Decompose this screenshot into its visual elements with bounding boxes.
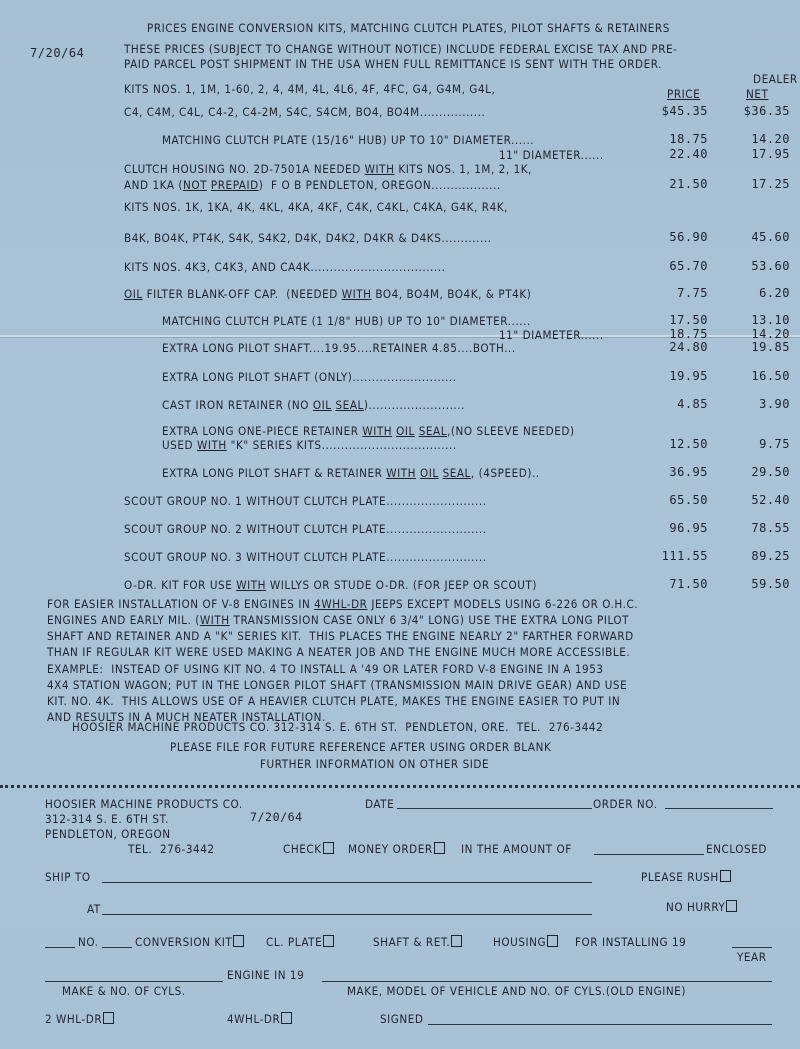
conversion-kit-label: CONVERSION KIT	[135, 935, 232, 949]
item-description: AND 1KA (NOT PREPAID) F O B PENDLETON, O…	[124, 178, 501, 192]
form-date-stamp: 7/20/64	[250, 810, 303, 824]
signed-label: SIGNED	[380, 1012, 424, 1026]
item-price: 96.95	[638, 521, 708, 535]
kit-number-field[interactable]	[102, 947, 132, 948]
item-dealer-net: 19.85	[720, 340, 790, 354]
item-description: CAST IRON RETAINER (NO OIL SEAL)........…	[162, 398, 465, 412]
form-address: 312-314 S. E. 6TH ST.	[45, 812, 169, 826]
company-info-line: HOOSIER MACHINE PRODUCTS CO. 312-314 S. …	[72, 720, 603, 734]
engine-make-field[interactable]	[45, 981, 223, 982]
form-tel: TEL. 276-3442	[128, 842, 215, 856]
item-price: 18.75	[638, 327, 708, 341]
note-line: ENGINES AND EARLY MIL. (WITH TRANSMISSIO…	[47, 613, 629, 627]
item-price: 71.50	[638, 577, 708, 591]
item-price: 4.85	[638, 397, 708, 411]
item-description: MATCHING CLUTCH PLATE (1 1/8" HUB) UP TO…	[162, 314, 531, 328]
item-dealer-net: 52.40	[720, 493, 790, 507]
form-company: HOOSIER MACHINE PRODUCTS CO.	[45, 797, 243, 811]
intro-line-2: PAID PARCEL POST SHIPMENT IN THE USA WHE…	[124, 57, 662, 71]
other-side-note: FURTHER INFORMATION ON OTHER SIDE	[260, 757, 489, 771]
item-description: CLUTCH HOUSING NO. 2D-7501A NEEDED WITH …	[124, 162, 532, 176]
item-dealer-net: 14.20	[720, 327, 790, 341]
please-rush-label: PLEASE RUSH	[641, 870, 719, 884]
item-dealer-net: 17.25	[720, 177, 790, 191]
date-label: DATE	[365, 797, 394, 811]
four-whl-label: 4WHL-DR	[227, 1012, 280, 1026]
item-dealer-net: 6.20	[720, 286, 790, 300]
note-line: SHAFT AND RETAINER AND A "K" SERIES KIT.…	[47, 629, 634, 643]
vehicle-field[interactable]	[322, 981, 772, 982]
handwritten-date: 7/20/64	[30, 46, 84, 60]
note-line: THAN IF REGULAR KIT WERE USED MAKING A N…	[47, 645, 630, 659]
item-price: 12.50	[638, 437, 708, 451]
item-description: KITS NOS. 4K3, C4K3, AND CA4K...........…	[124, 260, 446, 274]
price-column-header: PRICE	[667, 87, 700, 101]
at-field[interactable]	[102, 914, 592, 915]
item-price: 56.90	[638, 230, 708, 244]
conversion-kit-option: CONVERSION KIT	[135, 935, 244, 949]
conversion-kit-checkbox[interactable]	[233, 935, 244, 947]
note-line: 4X4 STATION WAGON; PUT IN THE LONGER PIL…	[47, 678, 627, 692]
note-line: KIT. NO. 4K. THIS ALLOWS USE OF A HEAVIE…	[47, 694, 620, 708]
money-order-checkbox[interactable]	[434, 842, 445, 854]
check-label: CHECK	[283, 842, 322, 856]
item-dealer-net: 17.95	[720, 147, 790, 161]
item-description: SCOUT GROUP NO. 3 WITHOUT CLUTCH PLATE..…	[124, 550, 487, 564]
item-description: KITS NOS. 1, 1M, 1-60, 2, 4, 4M, 4L, 4L6…	[124, 82, 495, 96]
item-price: 7.75	[638, 286, 708, 300]
item-dealer-net: 13.10	[720, 313, 790, 327]
item-dealer-net: 3.90	[720, 397, 790, 411]
please-rush-checkbox[interactable]	[720, 870, 731, 882]
please-rush-option: PLEASE RUSH	[641, 870, 731, 884]
for-installing-label: FOR INSTALLING 19	[575, 935, 686, 949]
item-description: B4K, BO4K, PT4K, S4K, S4K2, D4K, D4K2, D…	[124, 231, 492, 245]
shaft-ret-option: SHAFT & RET.	[373, 935, 462, 949]
intro-line-1: THESE PRICES (SUBJECT TO CHANGE WITHOUT …	[124, 42, 678, 56]
item-price: $45.35	[638, 104, 708, 118]
note-line: EXAMPLE: INSTEAD OF USING KIT NO. 4 TO I…	[47, 662, 604, 676]
item-dealer-net: 14.20	[720, 132, 790, 146]
shaft-ret-checkbox[interactable]	[451, 935, 462, 947]
item-dealer-net: $36.35	[720, 104, 790, 118]
item-description: MATCHING CLUTCH PLATE (15/16" HUB) UP TO…	[162, 133, 534, 147]
item-price: 65.70	[638, 259, 708, 273]
item-price: 17.50	[638, 313, 708, 327]
ship-to-label: SHIP TO	[45, 870, 91, 884]
item-description: KITS NOS. 1K, 1KA, 4K, 4KL, 4KA, 4KF, C4…	[124, 200, 508, 214]
item-dealer-net: 29.50	[720, 465, 790, 479]
item-description: USED WITH "K" SERIES KITS...............…	[162, 438, 457, 452]
date-field[interactable]	[397, 808, 592, 809]
make-model-caption: MAKE, MODEL OF VEHICLE AND NO. OF CYLS.(…	[347, 984, 686, 998]
year-field[interactable]	[732, 947, 772, 948]
item-description: EXTRA LONG PILOT SHAFT & RETAINER WITH O…	[162, 466, 540, 480]
shaft-ret-label: SHAFT & RET.	[373, 935, 450, 949]
make-cyls-caption: MAKE & NO. OF CYLS.	[62, 984, 186, 998]
no-hurry-option: NO HURRY	[666, 900, 737, 914]
cl-plate-option: CL. PLATE	[266, 935, 334, 949]
item-description: EXTRA LONG PILOT SHAFT....19.95....RETAI…	[162, 341, 516, 355]
item-dealer-net: 45.60	[720, 230, 790, 244]
item-price: 18.75	[638, 132, 708, 146]
item-price: 19.95	[638, 369, 708, 383]
item-dealer-net: 16.50	[720, 369, 790, 383]
item-dealer-net: 78.55	[720, 521, 790, 535]
cl-plate-checkbox[interactable]	[323, 935, 334, 947]
four-whl-checkbox[interactable]	[281, 1012, 292, 1024]
order-no-label: ORDER NO.	[593, 797, 657, 811]
money-order-label: MONEY ORDER	[348, 842, 433, 856]
dealer-header: DEALER	[753, 72, 798, 86]
item-description: SCOUT GROUP NO. 2 WITHOUT CLUTCH PLATE..…	[124, 522, 487, 536]
item-description: 11" DIAMETER......	[499, 148, 604, 162]
item-dealer-net: 89.25	[720, 549, 790, 563]
check-option: CHECK	[283, 842, 334, 856]
item-dealer-net: 53.60	[720, 259, 790, 273]
check-checkbox[interactable]	[323, 842, 334, 854]
price-list-document: PRICES ENGINE CONVERSION KITS, MATCHING …	[0, 0, 800, 1049]
item-price: 24.80	[638, 340, 708, 354]
item-description: SCOUT GROUP NO. 1 WITHOUT CLUTCH PLATE..…	[124, 494, 487, 508]
ship-to-field[interactable]	[102, 882, 592, 883]
money-order-option: MONEY ORDER	[348, 842, 445, 856]
item-price: 65.50	[638, 493, 708, 507]
at-label: AT	[87, 902, 101, 916]
item-description: OIL FILTER BLANK-OFF CAP. (NEEDED WITH B…	[124, 287, 531, 301]
no-hurry-label: NO HURRY	[666, 900, 725, 914]
dealer-net-column-header: NET	[746, 87, 768, 101]
file-note: PLEASE FILE FOR FUTURE REFERENCE AFTER U…	[170, 740, 551, 754]
year-label: YEAR	[737, 950, 767, 964]
item-description: O-DR. KIT FOR USE WITH WILLYS OR STUDE O…	[124, 578, 537, 592]
item-dealer-net: 9.75	[720, 437, 790, 451]
engine-in-label: ENGINE IN 19	[227, 968, 304, 982]
amount-field[interactable]	[594, 854, 704, 855]
no-label: NO.	[78, 935, 99, 949]
quantity-field[interactable]	[45, 947, 75, 948]
item-price: 22.40	[638, 147, 708, 161]
four-whl-option: 4WHL-DR	[227, 1012, 292, 1026]
two-whl-checkbox[interactable]	[103, 1012, 114, 1024]
two-whl-option: 2 WHL-DR	[45, 1012, 114, 1026]
housing-checkbox[interactable]	[547, 935, 558, 947]
tear-off-perforation	[0, 785, 800, 788]
two-whl-label: 2 WHL-DR	[45, 1012, 102, 1026]
housing-label: HOUSING	[493, 935, 546, 949]
amount-label: IN THE AMOUNT OF	[461, 842, 572, 856]
item-description: EXTRA LONG PILOT SHAFT (ONLY)...........…	[162, 370, 457, 384]
signature-field[interactable]	[428, 1024, 772, 1025]
item-description: EXTRA LONG ONE-PIECE RETAINER WITH OIL S…	[162, 424, 575, 438]
cl-plate-label: CL. PLATE	[266, 935, 322, 949]
item-description: 11" DIAMETER......	[499, 328, 604, 342]
note-line: FOR EASIER INSTALLATION OF V-8 ENGINES I…	[47, 597, 638, 611]
no-hurry-checkbox[interactable]	[726, 900, 737, 912]
item-price: 111.55	[638, 549, 708, 563]
item-price: 21.50	[638, 177, 708, 191]
housing-option: HOUSING	[493, 935, 558, 949]
item-price: 36.95	[638, 465, 708, 479]
item-description: C4, C4M, C4L, C4-2, C4-2M, S4C, S4CM, BO…	[124, 105, 485, 119]
order-no-field[interactable]	[665, 808, 773, 809]
document-title: PRICES ENGINE CONVERSION KITS, MATCHING …	[147, 21, 670, 35]
item-dealer-net: 59.50	[720, 577, 790, 591]
form-city: PENDLETON, OREGON	[45, 827, 171, 841]
enclosed-label: ENCLOSED	[706, 842, 767, 856]
